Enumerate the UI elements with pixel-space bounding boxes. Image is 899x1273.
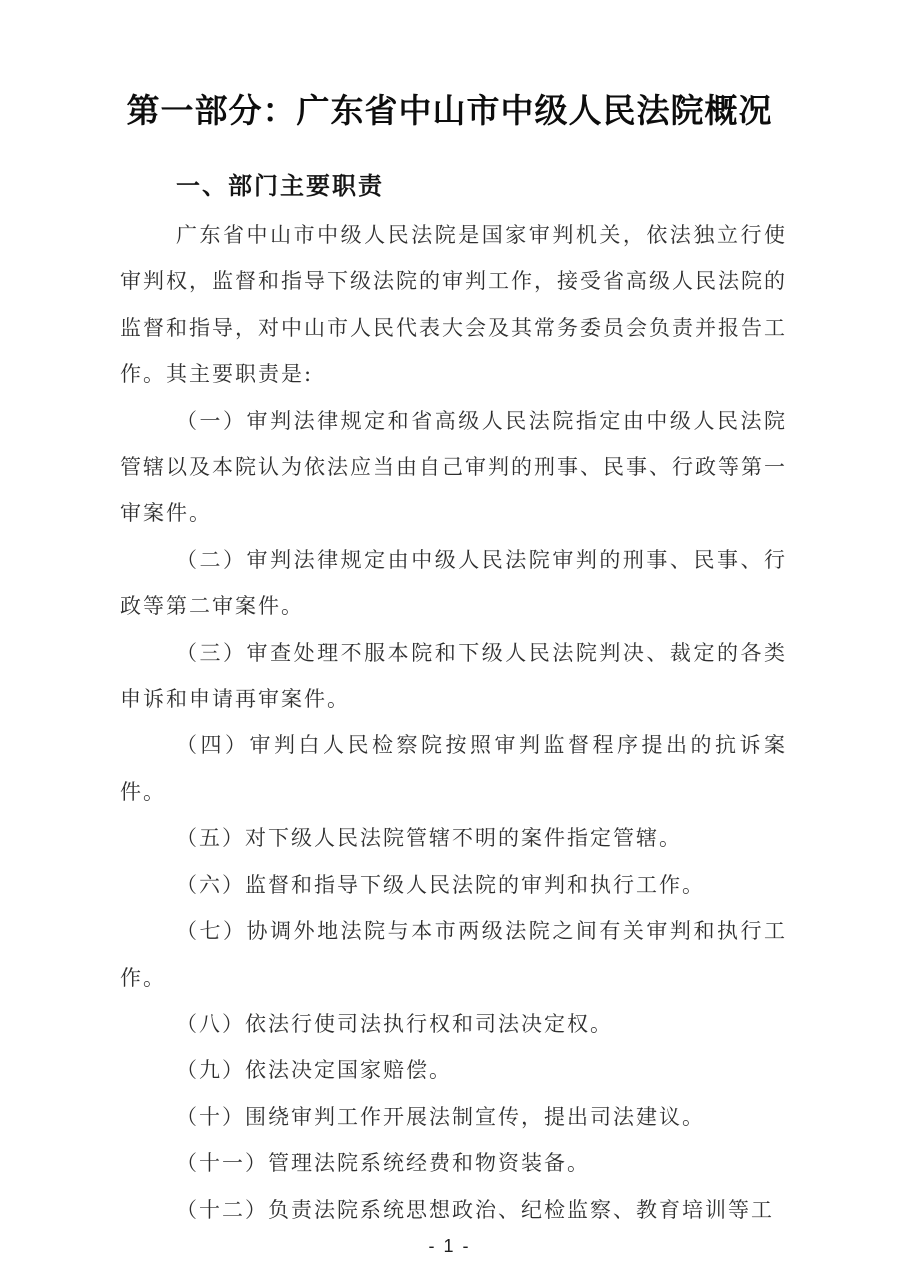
paragraph: （五）对下级人民法院管辖不明的案件指定管辖。 (120, 815, 787, 861)
document-page: 第一部分：广东省中山市中级人民法院概况 一、部门主要职责 广东省中山市中级人民法… (0, 0, 899, 1273)
paragraph: 广东省中山市中级人民法院是国家审判机关，依法独立行使审判权，监督和指导下级法院的… (120, 212, 787, 398)
page-number: - 1 - (0, 1236, 899, 1257)
paragraph: （一）审判法律规定和省高级人民法院指定由中级人民法院管辖以及本院认为依法应当由自… (120, 398, 787, 537)
paragraph: （二）审判法律规定由中级人民法院审判的刑事、民事、行政等第二审案件。 (120, 537, 787, 630)
page-title: 第一部分：广东省中山市中级人民法院概况 (0, 90, 899, 132)
paragraph: （十）围绕审判工作开展法制宣传，提出司法建议。 (120, 1094, 787, 1140)
paragraph: （七）协调外地法院与本市两级法院之间有关审判和执行工作。 (120, 908, 787, 1001)
section-heading: 一、部门主要职责 (176, 172, 899, 202)
body-paragraphs: 广东省中山市中级人民法院是国家审判机关，依法独立行使审判权，监督和指导下级法院的… (120, 212, 787, 1233)
paragraph: （九）依法决定国家赔偿。 (120, 1047, 787, 1093)
paragraph: （十一）管理法院系统经费和物资装备。 (120, 1140, 787, 1186)
paragraph: （八）依法行使司法执行权和司法决定权。 (120, 1001, 787, 1047)
paragraph: （三）审查处理不服本院和下级人民法院判决、裁定的各类申诉和申请再审案件。 (120, 630, 787, 723)
paragraph: （四）审判白人民检察院按照审判监督程序提出的抗诉案件。 (120, 722, 787, 815)
paragraph: （六）监督和指导下级人民法院的审判和执行工作。 (120, 862, 787, 908)
paragraph: （十二）负责法院系统思想政治、纪检监察、教育培训等工 (120, 1187, 787, 1233)
